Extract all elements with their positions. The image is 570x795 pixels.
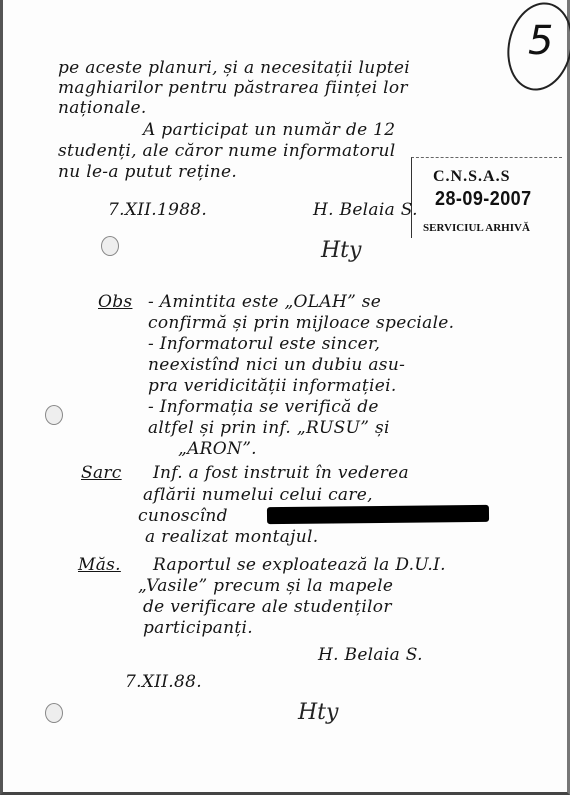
obs-line: confirmă și prin mijloace speciale. <box>148 313 454 333</box>
date-first: 7.XII.1988. <box>108 200 207 220</box>
obs-line: pra veridicității informației. <box>148 376 397 396</box>
masuri-line: participanți. <box>143 618 253 638</box>
date-second: 7.XII.88. <box>125 672 202 692</box>
stamp-date: 28-09-2007 <box>435 188 532 211</box>
sarc-line: Inf. a fost instruit în vederea <box>153 463 409 483</box>
masuri-line: Raportul se exploatează la D.U.I. <box>153 555 446 575</box>
paragraph1-line3: naționale. <box>58 98 147 118</box>
redacted-text-bar <box>267 505 489 524</box>
signature-second: Hty <box>298 700 338 725</box>
sarc-line: a realizat montajul. <box>145 527 318 547</box>
scanned-document-page: 5 pe aceste planuri, și a necesitații lu… <box>0 0 570 795</box>
obs-line: „ARON”. <box>178 439 257 459</box>
paragraph2-line1: A participat un număr de 12 <box>143 120 395 140</box>
paragraph2-line3: nu le-a putut reține. <box>58 162 237 182</box>
masuri-line: de verificare ale studenților <box>143 597 392 617</box>
punch-hole <box>45 405 63 425</box>
sarc-line: aflării numelui celui care, <box>143 485 373 505</box>
punch-hole <box>45 703 63 723</box>
officer-name-second: H. Belaia S. <box>318 645 423 665</box>
obs-line: neexistînd nici un dubiu asu- <box>148 355 405 375</box>
masuri-label: Măs. <box>78 555 121 575</box>
obs-line: - Informația se verifică de <box>148 397 379 417</box>
obs-label: Obs <box>98 292 132 312</box>
stamp-organization: C.N.S.A.S <box>433 168 510 186</box>
paragraph1-line2: maghiarilor pentru păstrarea ființei lor <box>58 78 408 98</box>
signature-first: Hty <box>321 238 361 263</box>
officer-name-first: H. Belaia S. <box>313 200 418 220</box>
sarc-label: Sarc <box>81 463 122 483</box>
masuri-line: „Vasile” precum și la mapele <box>138 576 393 596</box>
obs-line: altfel și prin inf. „RUSU” și <box>148 418 390 438</box>
obs-line: - Informatorul este sincer, <box>148 334 380 354</box>
obs-line: - Amintita este „OLAH” se <box>148 292 381 312</box>
page-number: 5 <box>528 18 553 64</box>
sarc-line: cunoscînd <box>138 506 228 526</box>
stamp-department: SERVICIUL ARHIVĂ <box>423 222 530 234</box>
paragraph2-line2: studenți, ale căror nume informatorul <box>58 141 396 161</box>
paragraph1-line1: pe aceste planuri, și a necesitații lupt… <box>58 58 410 78</box>
punch-hole <box>101 236 119 256</box>
